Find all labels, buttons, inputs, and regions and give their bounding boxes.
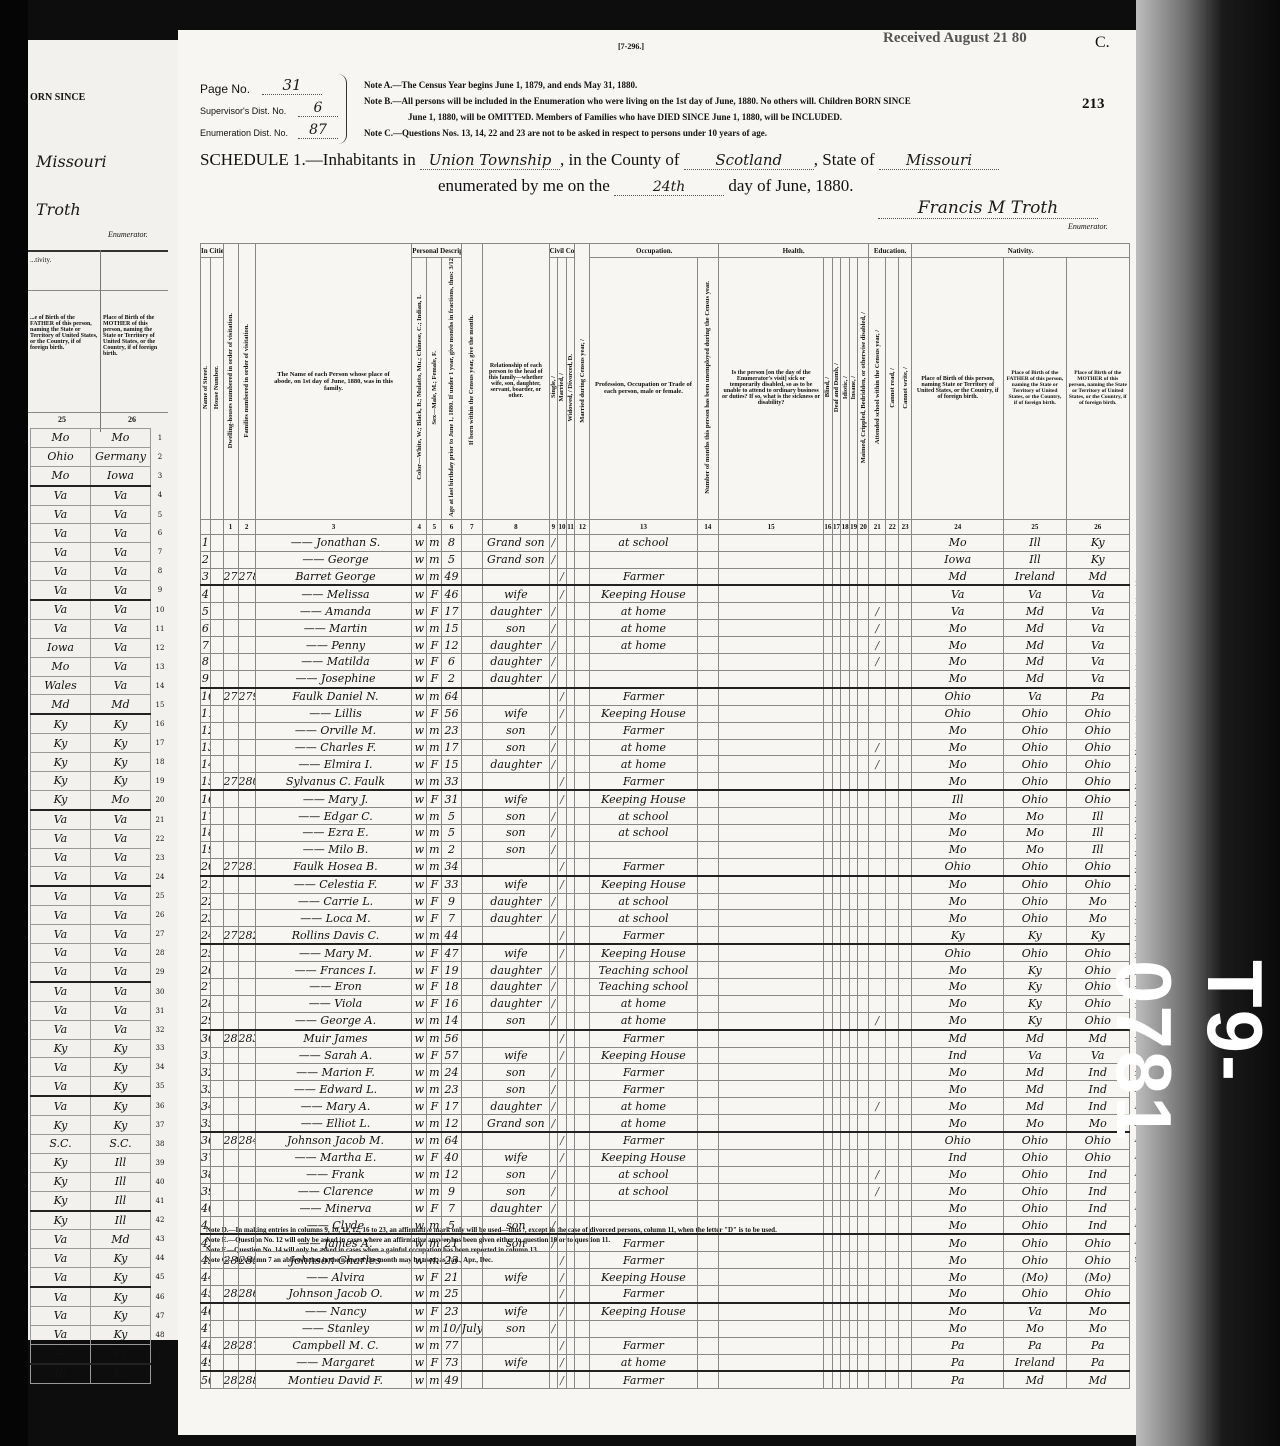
- sex: m: [427, 1371, 442, 1388]
- relationship: son: [483, 1320, 550, 1337]
- age: 49: [442, 568, 461, 585]
- prev-line-number: 7: [151, 543, 170, 562]
- mother-birthplace: Ohio: [1066, 790, 1129, 807]
- single-mark: /: [549, 603, 558, 620]
- relationship: daughter: [483, 1200, 550, 1217]
- birthplace: Mo: [912, 1320, 1004, 1337]
- prev-line-number: 6: [151, 524, 170, 543]
- father-birthplace: Ohio: [1004, 756, 1066, 773]
- deaf-mark: [832, 756, 841, 773]
- birthplace: Mo: [912, 670, 1004, 687]
- prev-line-number: 21: [151, 810, 170, 829]
- sickness: [719, 1320, 824, 1337]
- form-letter: C.: [1095, 34, 1110, 52]
- birth-month: [461, 534, 482, 551]
- relationship: daughter: [483, 978, 550, 995]
- prev-father-birthplace: Ky: [31, 753, 91, 772]
- dwelling-number: [223, 1234, 238, 1251]
- maimed-mark: [858, 1030, 869, 1047]
- father-birthplace: Md: [1004, 603, 1066, 620]
- house-number: [210, 551, 223, 568]
- house-number: [210, 534, 223, 551]
- prev-father-birthplace: Ky: [31, 790, 91, 809]
- idiotic-mark: [841, 1115, 850, 1132]
- maimed-mark: [858, 1286, 869, 1303]
- dwelling-number: [223, 893, 238, 910]
- single-mark: /: [549, 670, 558, 687]
- attended-school-mark: [869, 722, 886, 739]
- header-cannot-read: Cannot read, /: [889, 368, 896, 408]
- header-born-within-year: If born within the Census year, give the…: [468, 315, 475, 445]
- prev-mother-birthplace: Germany: [91, 447, 151, 466]
- prev-line-number: 29: [151, 962, 170, 981]
- house-number: [210, 585, 223, 602]
- header-occupation: Profession, Occupation or Trade of each …: [590, 258, 697, 520]
- widowed-mark: [566, 1132, 575, 1149]
- blind-mark: [824, 1234, 833, 1251]
- relationship: daughter: [483, 670, 550, 687]
- married-in-year-mark: [575, 722, 590, 739]
- table-row: 12—— Orville M.wm23son/FarmerMoOhioOhio: [201, 722, 1130, 739]
- col-num: 6: [442, 519, 461, 534]
- prev-father-birthplace: Mo: [31, 429, 91, 448]
- deaf-mark: [832, 551, 841, 568]
- attended-school-mark: [869, 1337, 886, 1354]
- single-mark: /: [549, 910, 558, 927]
- person-name: Muir James: [255, 1030, 412, 1047]
- months-unemployed: [697, 1047, 718, 1064]
- married-mark: [558, 1064, 567, 1081]
- cannot-write-mark: [899, 1098, 912, 1115]
- note-b-cont: June 1, 1880, will be OMITTED. Members o…: [408, 112, 842, 122]
- age: 49: [442, 1371, 461, 1388]
- cannot-read-mark: [886, 1200, 899, 1217]
- line-number: 33: [201, 1081, 211, 1098]
- house-number: [210, 722, 223, 739]
- prev-line-number: 36: [151, 1096, 170, 1115]
- family-number: [238, 1098, 255, 1115]
- header-maimed: Maimed, Crippled, Bedridden, or otherwis…: [860, 312, 867, 463]
- married-mark: [558, 1320, 567, 1337]
- insane-mark: [849, 962, 858, 979]
- cannot-write-mark: [899, 978, 912, 995]
- prev-table-row: WalesVa14: [31, 676, 170, 695]
- birthplace: Mo: [912, 1098, 1004, 1115]
- blind-mark: [824, 876, 833, 893]
- house-number: [210, 688, 223, 705]
- mother-birthplace: Ky: [1066, 551, 1129, 568]
- prev-col25-number: 25: [58, 415, 66, 424]
- age: 56: [442, 1030, 461, 1047]
- cannot-write-mark: [899, 637, 912, 654]
- prev-col26-header: Place of Birth of the MOTHER of this per…: [103, 315, 165, 357]
- age: 17: [442, 739, 461, 756]
- attended-school-mark: [869, 927, 886, 944]
- married-mark: /: [558, 1149, 567, 1166]
- prev-line-number: 31: [151, 1001, 170, 1020]
- enumerated-prefix: enumerated by me on the: [438, 176, 610, 195]
- house-number: [210, 1115, 223, 1132]
- relationship: wife: [483, 1303, 550, 1320]
- table-row: 38—— Frankwm12son/at school/MoOhioInd: [201, 1166, 1130, 1183]
- table-row: 47—— Stanleywm10/12Julyson/MoMoMo: [201, 1320, 1130, 1337]
- prev-father-birthplace: Va: [31, 1058, 91, 1077]
- enumerator-label: Enumerator.: [1068, 222, 1108, 231]
- color: w: [412, 585, 427, 602]
- married-in-year-mark: [575, 876, 590, 893]
- sex: m: [427, 551, 442, 568]
- blind-mark: [824, 978, 833, 995]
- dwelling-number: [223, 637, 238, 654]
- header-in-cities: In Cities.: [201, 244, 224, 258]
- age: 12: [442, 1166, 461, 1183]
- house-number: [210, 1064, 223, 1081]
- age: 64: [442, 688, 461, 705]
- prev-table-row: VaKy44: [31, 1249, 170, 1268]
- relationship: wife: [483, 1047, 550, 1064]
- dwelling-number: [223, 995, 238, 1012]
- prev-mother-birthplace: S.C.: [91, 1134, 151, 1153]
- married-mark: [558, 1234, 567, 1251]
- months-unemployed: [697, 722, 718, 739]
- birthplace: Ohio: [912, 688, 1004, 705]
- person-name: —— Frank: [255, 1166, 412, 1183]
- birthplace: Mo: [912, 534, 1004, 551]
- father-birthplace: Ohio: [1004, 944, 1066, 961]
- color: w: [412, 1166, 427, 1183]
- house-number: [210, 1303, 223, 1320]
- color: w: [412, 824, 427, 841]
- color: w: [412, 808, 427, 825]
- relationship: [483, 927, 550, 944]
- birth-month: [461, 962, 482, 979]
- widowed-mark: [566, 1371, 575, 1388]
- months-unemployed: [697, 739, 718, 756]
- line-number: 24: [201, 927, 211, 944]
- idiotic-mark: [841, 1371, 850, 1388]
- prev-father-birthplace: Ky: [31, 1039, 91, 1058]
- color: w: [412, 1098, 427, 1115]
- father-birthplace: Ohio: [1004, 1217, 1066, 1234]
- idiotic-mark: [841, 841, 850, 858]
- prev-father-birthplace: Va: [31, 1230, 91, 1249]
- family-number: 282: [238, 927, 255, 944]
- father-birthplace: Ohio: [1004, 893, 1066, 910]
- father-birthplace: Ohio: [1004, 739, 1066, 756]
- prev-line-number: 3: [151, 466, 170, 485]
- family-number: [238, 1354, 255, 1371]
- insane-mark: [849, 995, 858, 1012]
- idiotic-mark: [841, 620, 850, 637]
- married-in-year-mark: [575, 962, 590, 979]
- sex: F: [427, 995, 442, 1012]
- prev-line-number: 2: [151, 447, 170, 466]
- age: 34: [442, 858, 461, 875]
- father-birthplace: Ohio: [1004, 773, 1066, 790]
- birth-month: [461, 978, 482, 995]
- married-in-year-mark: [575, 808, 590, 825]
- sickness: [719, 568, 824, 585]
- widowed-mark: [566, 1166, 575, 1183]
- maimed-mark: [858, 858, 869, 875]
- color: w: [412, 876, 427, 893]
- table-row: 42—— James A.wm21son/FarmerMoOhioOhio: [201, 1234, 1130, 1251]
- married-mark: [558, 824, 567, 841]
- schedule-line: SCHEDULE 1.—Inhabitants in Union Townshi…: [200, 150, 999, 170]
- cannot-write-mark: [899, 944, 912, 961]
- dwelling-number: [223, 705, 238, 722]
- maimed-mark: [858, 1320, 869, 1337]
- relationship: daughter: [483, 910, 550, 927]
- prev-mother-birthplace: Va: [91, 982, 151, 1001]
- cannot-write-mark: [899, 824, 912, 841]
- cannot-read-mark: [886, 1217, 899, 1234]
- cannot-read-mark: [886, 773, 899, 790]
- birthplace: Pa: [912, 1354, 1004, 1371]
- prev-mother-birthplace: Va: [91, 562, 151, 581]
- single-mark: [549, 705, 558, 722]
- supervisor-dist: 6: [298, 100, 338, 117]
- single-mark: [549, 1354, 558, 1371]
- birthplace: Pa: [912, 1337, 1004, 1354]
- prev-father-birthplace: Va: [31, 1096, 91, 1115]
- cannot-read-mark: [886, 654, 899, 671]
- cannot-write-mark: [899, 1132, 912, 1149]
- person-name: —— Carrie L.: [255, 893, 412, 910]
- married-in-year-mark: [575, 841, 590, 858]
- prev-father-birthplace: Va: [31, 562, 91, 581]
- dwelling-number: [223, 978, 238, 995]
- maimed-mark: [858, 1234, 869, 1251]
- prev-mother-birthplace: Va: [91, 1001, 151, 1020]
- cannot-write-mark: [899, 1200, 912, 1217]
- age: 21: [442, 1234, 461, 1251]
- maimed-mark: [858, 722, 869, 739]
- occupation: at home: [590, 995, 697, 1012]
- single-mark: [549, 858, 558, 875]
- birthplace: Mo: [912, 1115, 1004, 1132]
- deaf-mark: [832, 1217, 841, 1234]
- house-number: [210, 1286, 223, 1303]
- birth-month: [461, 739, 482, 756]
- prev-mother-birthplace: Ky: [91, 753, 151, 772]
- father-birthplace: Ohio: [1004, 876, 1066, 893]
- sickness: [719, 995, 824, 1012]
- married-mark: [558, 808, 567, 825]
- cannot-read-mark: [886, 1371, 899, 1388]
- sickness: [719, 808, 824, 825]
- blind-mark: [824, 790, 833, 807]
- idiotic-mark: [841, 944, 850, 961]
- prev-line-number: 9: [151, 581, 170, 600]
- age: 23: [442, 1252, 461, 1269]
- color: w: [412, 568, 427, 585]
- married-in-year-mark: [575, 1320, 590, 1337]
- sex: F: [427, 756, 442, 773]
- dwelling-number: 275: [223, 568, 238, 585]
- widowed-mark: [566, 790, 575, 807]
- sex: m: [427, 1286, 442, 1303]
- insane-mark: [849, 808, 858, 825]
- relationship: [483, 773, 550, 790]
- prev-table-row: VaVa29: [31, 962, 170, 981]
- prev-line-number: 30: [151, 982, 170, 1001]
- sickness: [719, 1098, 824, 1115]
- married-mark: [558, 893, 567, 910]
- header-cannot-write: Cannot write, /: [902, 367, 909, 409]
- maimed-mark: [858, 927, 869, 944]
- sickness: [719, 1047, 824, 1064]
- age: 12: [442, 1115, 461, 1132]
- birthplace: Mo: [912, 1286, 1004, 1303]
- line-number: 40: [201, 1200, 211, 1217]
- insane-mark: [849, 978, 858, 995]
- insane-mark: [849, 1320, 858, 1337]
- sex: m: [427, 773, 442, 790]
- blind-mark: [824, 1183, 833, 1200]
- occupation: [590, 1217, 697, 1234]
- father-birthplace: Mo: [1004, 808, 1066, 825]
- insane-mark: [849, 1047, 858, 1064]
- family-number: [238, 603, 255, 620]
- occupation: Keeping House: [590, 876, 697, 893]
- maimed-mark: [858, 688, 869, 705]
- birthplace: Ohio: [912, 858, 1004, 875]
- attended-school-mark: /: [869, 637, 886, 654]
- prev-father-birthplace: Va: [31, 581, 91, 600]
- house-number: [210, 910, 223, 927]
- deaf-mark: [832, 1183, 841, 1200]
- maimed-mark: [858, 995, 869, 1012]
- cannot-read-mark: [886, 1320, 899, 1337]
- maimed-mark: [858, 705, 869, 722]
- table-row: 2—— Georgewm5Grand son/IowaIllKy: [201, 551, 1130, 568]
- prev-father-birthplace: Va: [31, 848, 91, 867]
- prev-table-row: VaKy45: [31, 1268, 170, 1287]
- birth-month: [461, 1166, 482, 1183]
- widowed-mark: [566, 808, 575, 825]
- deaf-mark: [832, 1252, 841, 1269]
- maimed-mark: [858, 1217, 869, 1234]
- insane-mark: [849, 1183, 858, 1200]
- deaf-mark: [832, 1166, 841, 1183]
- prev-father-birthplace: Va: [31, 619, 91, 638]
- prev-father-birthplace: Va: [31, 944, 91, 963]
- sickness: [719, 773, 824, 790]
- dwelling-number: [223, 739, 238, 756]
- insane-mark: [849, 790, 858, 807]
- deaf-mark: [832, 962, 841, 979]
- married-mark: [558, 1081, 567, 1098]
- color: w: [412, 927, 427, 944]
- married-mark: /: [558, 858, 567, 875]
- dwelling-number: 279: [223, 927, 238, 944]
- occupation: at home: [590, 1012, 697, 1029]
- prev-line-number: 17: [151, 734, 170, 753]
- father-birthplace: Va: [1004, 1303, 1066, 1320]
- dwelling-number: [223, 1303, 238, 1320]
- birthplace: Mo: [912, 620, 1004, 637]
- age: 15: [442, 620, 461, 637]
- color: w: [412, 841, 427, 858]
- widowed-mark: [566, 1081, 575, 1098]
- sickness: [719, 705, 824, 722]
- mother-birthplace: Mo: [1066, 1320, 1129, 1337]
- microfilm-reel-number: T9-0781: [1190, 960, 1280, 1260]
- birthplace: Mo: [912, 1252, 1004, 1269]
- blind-mark: [824, 1132, 833, 1149]
- sickness: [719, 858, 824, 875]
- attended-school-mark: [869, 705, 886, 722]
- sickness: [719, 824, 824, 841]
- house-number: [210, 568, 223, 585]
- age: 5: [442, 808, 461, 825]
- cannot-read-mark: [886, 790, 899, 807]
- father-birthplace: Ohio: [1004, 722, 1066, 739]
- married-in-year-mark: [575, 705, 590, 722]
- sex: m: [427, 1081, 442, 1098]
- widowed-mark: [566, 910, 575, 927]
- occupation: Keeping House: [590, 1269, 697, 1286]
- prev-table-row: KyIll39: [31, 1153, 170, 1172]
- family-number: [238, 1269, 255, 1286]
- person-name: —— George: [255, 551, 412, 568]
- family-number: [238, 534, 255, 551]
- deaf-mark: [832, 995, 841, 1012]
- maimed-mark: [858, 1047, 869, 1064]
- sex: m: [427, 1030, 442, 1047]
- idiotic-mark: [841, 824, 850, 841]
- insane-mark: [849, 1337, 858, 1354]
- widowed-mark: [566, 841, 575, 858]
- line-number: 42: [201, 1234, 211, 1251]
- family-number: [238, 585, 255, 602]
- prev-table-row: KyIll42: [31, 1211, 170, 1230]
- prev-table-row: VaVa25: [31, 886, 170, 905]
- occupation: at home: [590, 1098, 697, 1115]
- person-name: —— Orville M.: [255, 722, 412, 739]
- occupation: at home: [590, 756, 697, 773]
- prev-table-row: VaVa9: [31, 581, 170, 600]
- prev-table-row: VaVa30: [31, 982, 170, 1001]
- color: w: [412, 654, 427, 671]
- person-name: Johnson Jacob M.: [255, 1132, 412, 1149]
- married-mark: [558, 620, 567, 637]
- insane-mark: [849, 1286, 858, 1303]
- widowed-mark: [566, 756, 575, 773]
- color: w: [412, 722, 427, 739]
- person-name: —— Viola: [255, 995, 412, 1012]
- dwelling-number: [223, 585, 238, 602]
- person-name: Rollins Davis C.: [255, 927, 412, 944]
- single-mark: /: [549, 1064, 558, 1081]
- prev-mother-birthplace: Va: [91, 505, 151, 524]
- prev-table-row: MoIowa3: [31, 466, 170, 485]
- married-in-year-mark: [575, 1132, 590, 1149]
- months-unemployed: [697, 1200, 718, 1217]
- months-unemployed: [697, 1030, 718, 1047]
- birthplace: Md: [912, 568, 1004, 585]
- single-mark: /: [549, 1081, 558, 1098]
- married-mark: /: [558, 1337, 567, 1354]
- table-row: 10276279Faulk Daniel N.wm64/FarmerOhioVa…: [201, 688, 1130, 705]
- insane-mark: [849, 910, 858, 927]
- header-education-group: Education.: [869, 244, 912, 258]
- prev-mother-birthplace: Ky: [91, 1116, 151, 1135]
- father-birthplace: Md: [1004, 620, 1066, 637]
- cannot-read-mark: [886, 1337, 899, 1354]
- col-num: 11: [566, 519, 575, 534]
